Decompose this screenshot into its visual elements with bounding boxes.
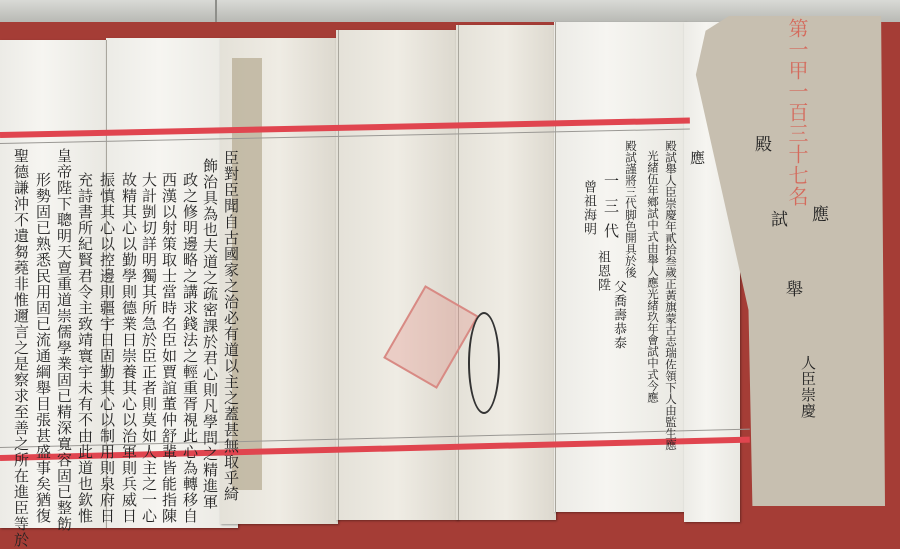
- essay-column: 臣對臣聞自古國家之治必有道以主之蓋甚無取乎綺: [222, 150, 239, 502]
- ancestor-father: 父喬壽恭泰: [610, 280, 627, 350]
- cover-rank-title: 第一甲一百三十七名: [788, 18, 805, 207]
- oval-ink-stamp: [468, 312, 500, 414]
- essay-column: 充詩書所紀賢君令主致靖寰宇未有不由此道也欽惟: [76, 172, 93, 524]
- section-label: 一三代: [602, 173, 619, 248]
- essay-column: 政之修明邊略之講求錢法之輕重胥視此心為轉移自: [181, 172, 198, 524]
- essay-column: 西漢以射策取士當時名臣如賈誼董仲舒輩皆能指陳: [160, 172, 177, 524]
- header-line-2: 光緒伍年鄉試中式由舉人應光緒玖年會試中式今應: [646, 150, 659, 403]
- cover-char-dian: 殿: [752, 135, 769, 153]
- header-title: 應: [688, 150, 705, 166]
- header-line-1: 殿試舉人臣崇慶年貳拾叁歲正黃旗蒙古志瑞佐領下人由監生應: [664, 140, 677, 451]
- cover-candidate-name: 人臣崇慶: [797, 355, 819, 419]
- header-line-3: 殿試謹將三代脚色開具於後: [624, 140, 637, 278]
- essay-column: 大計剴切詳明獨其所急於臣正者則莫如人主之一心: [140, 172, 157, 524]
- cover-char-ju: 舉: [783, 280, 800, 298]
- essay-column: 聖德謙沖不遺芻蕘非惟邇言之是察求至善之所在進臣等於: [12, 148, 29, 548]
- essay-column: 形勢固已熟悉民用固已流通綱舉目張甚盛事矣猶復: [34, 172, 51, 524]
- ancestor-great-grandfather: 曾祖海明: [580, 180, 597, 236]
- fold-line: [555, 22, 556, 512]
- essay-column: 故精其心以勤學則德業日崇養其心以治軍則兵威日: [120, 172, 137, 524]
- frame-seam: [215, 0, 217, 22]
- essay-column: 飾治具為也夫道之疏密課於君心則凡學問之精進軍: [201, 158, 218, 510]
- cover-char-shi: 試: [768, 210, 785, 228]
- cover-char-ying: 應: [809, 205, 826, 223]
- essay-column: 振慎其心以控邊則疆宇日固勤其心以制用則泉府日: [98, 172, 115, 524]
- ancestor-grandfather: 祖恩陞: [594, 250, 611, 292]
- essay-column: 皇帝陛下聰明天亶重道崇儒學業固已精深寬容固已整飭: [55, 148, 72, 532]
